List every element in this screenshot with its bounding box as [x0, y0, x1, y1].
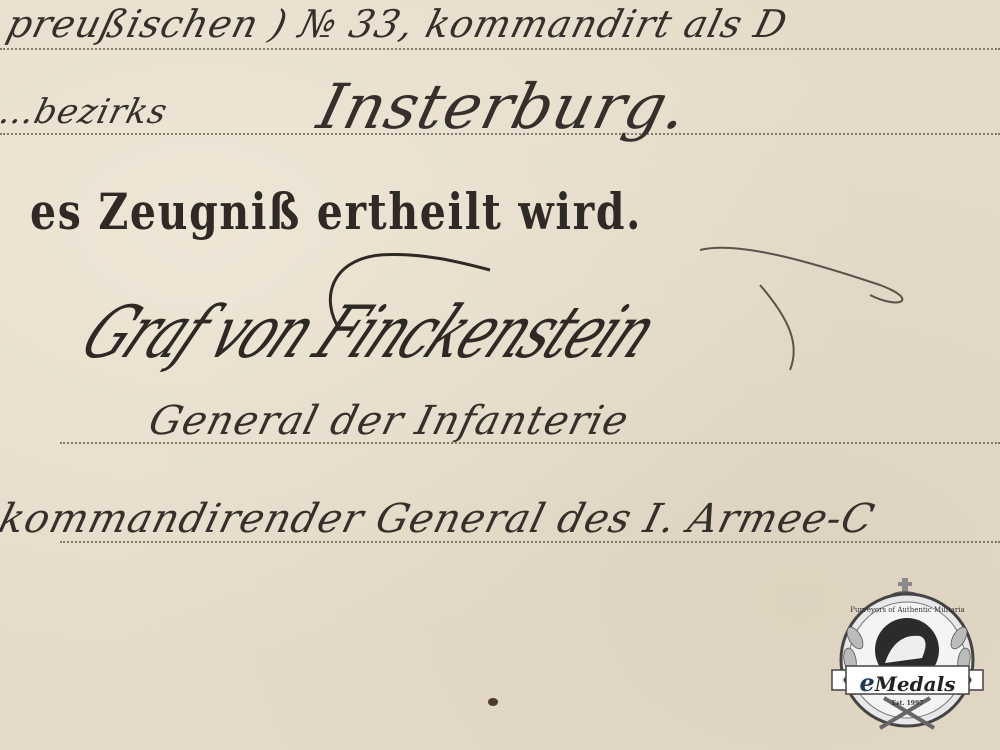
- logo-brand: eMedals: [830, 668, 985, 697]
- signature-flourish-icon: [0, 0, 1000, 420]
- emedals-watermark-logo: eMedals Est. 1997 Purveyors of Authentic…: [830, 578, 985, 738]
- ink-spot: [488, 698, 498, 706]
- logo-established: Est. 1997: [830, 700, 985, 707]
- badge-icon: [830, 578, 985, 738]
- logo-brand-name: Medals: [875, 672, 956, 696]
- logo-arc-text: Purveyors of Authentic Militaria: [830, 606, 985, 614]
- handwritten-command: kommandirender General des I. Armee-C: [0, 496, 879, 542]
- handwritten-rank: General der Infanterie: [144, 398, 633, 444]
- logo-brand-prefix: e: [860, 668, 875, 697]
